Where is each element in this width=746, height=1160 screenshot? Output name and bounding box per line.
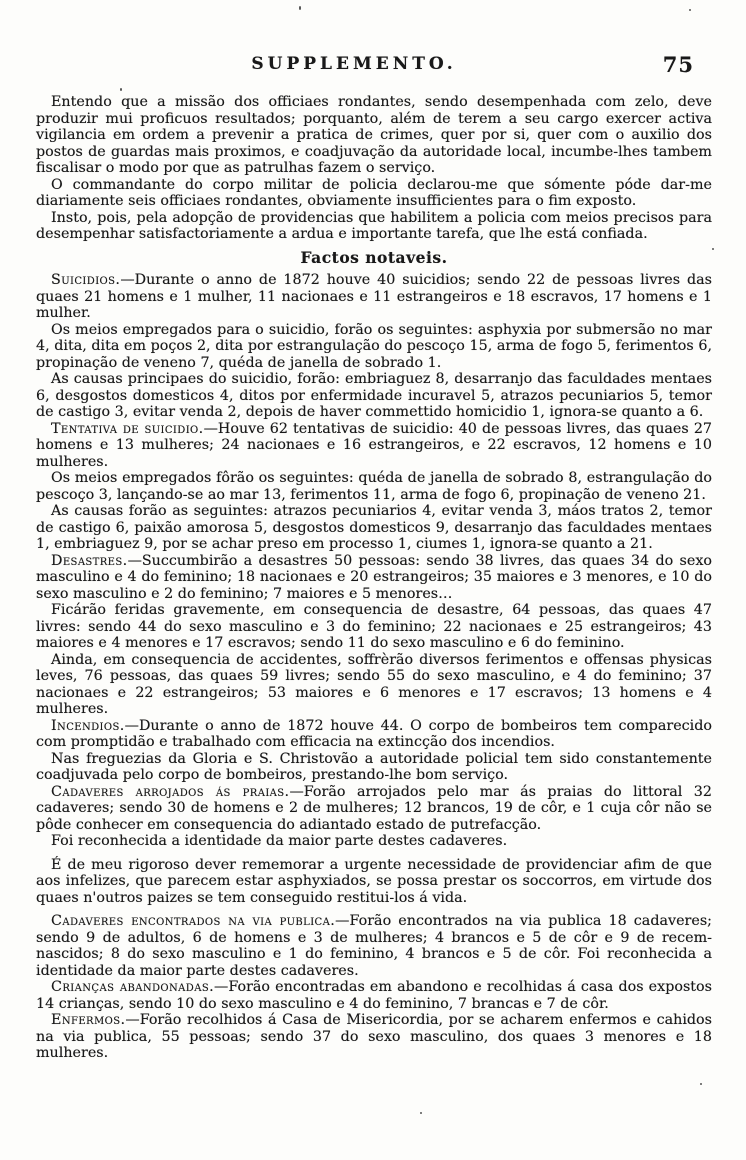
paragraph-text: —Durante o anno de 1872 houve 40 suicidi… (36, 272, 712, 321)
paragraph-soccorros: É de meu rigoroso dever rememorar a urge… (36, 857, 712, 907)
paragraph-cadaveres-praias: Cadaveres arrojados ás praias.—Forão arr… (36, 784, 712, 834)
document-body: Entendo que a missão dos officiaes ronda… (36, 94, 712, 1062)
paragraph-freguezias: Nas freguezias da Gloria e S. Christovão… (36, 751, 712, 784)
paragraph-enfermos: Enfermos.—Forão recolhidos á Casa de Mis… (36, 1012, 712, 1062)
paragraph-lead: Incendios. (51, 718, 125, 734)
paragraph-cadaveres-via-publica: Cadaveres encontrados na via publica.—Fo… (36, 913, 712, 979)
scan-speck (700, 1083, 702, 1085)
scan-speck (120, 88, 122, 91)
document-page: SUPPLEMENTO. 75 Entendo que a missão dos… (0, 0, 746, 1160)
paragraph-criancas-abandonadas: Crianças abandonadas.—Forão encontradas … (36, 979, 712, 1012)
paragraph-lead: Crianças abandonadas. (51, 979, 214, 995)
paragraph-feridos: Ficárão feridas gravemente, em consequen… (36, 602, 712, 652)
paragraph-suicidios: Suicidios.—Durante o anno de 1872 houve … (36, 272, 712, 322)
paragraph-lead: Cadaveres arrojados ás praias. (51, 784, 290, 800)
paragraph-tentativa: Tentativa de suicidio.—Houve 62 tentativ… (36, 421, 712, 471)
paragraph-tentativa-causas: As causas forão as seguintes: atrazos pe… (36, 503, 712, 553)
paragraph-intro-rondantes: Entendo que a missão dos officiaes ronda… (36, 94, 712, 177)
paragraph-suicidios-meios: Os meios empregados para o suicidio, for… (36, 322, 712, 372)
page-number: 75 (663, 52, 694, 77)
page-title: SUPPLEMENTO. (36, 54, 672, 74)
section-heading: Factos notaveis. (36, 250, 712, 267)
paragraph-lead: Enfermos. (51, 1012, 125, 1028)
scan-speck (689, 9, 691, 11)
paragraph-identidade: Foi reconhecida a identidade da maior pa… (36, 833, 712, 850)
paragraph-accidentes: Ainda, em consequencia de accidentes, so… (36, 652, 712, 718)
paragraph-text: —Succumbirão a desastres 50 pessoas: sen… (36, 553, 712, 602)
paragraph-desastres: Desastres.—Succumbirão a desastres 50 pe… (36, 553, 712, 603)
paragraph-lead: Desastres. (51, 553, 128, 569)
paragraph-tentativa-meios: Os meios empregados fôrão os seguintes: … (36, 470, 712, 503)
paragraph-incendios: Incendios.—Durante o anno de 1872 houve … (36, 718, 712, 751)
paragraph-lead: Cadaveres encontrados na via publica. (51, 913, 335, 929)
scan-speck (420, 1112, 422, 1114)
paragraph-text: —Forão recolhidos á Casa de Misericordia… (36, 1012, 712, 1061)
paragraph-lead: Tentativa de suicidio. (51, 421, 204, 437)
paragraph-suicidios-causas: As causas principaes do suicidio, forão:… (36, 371, 712, 421)
paragraph-commandante: O commandante do corpo militar de polici… (36, 177, 712, 210)
page-header: SUPPLEMENTO. 75 (36, 52, 712, 82)
paragraph-lead: Suicidios. (51, 272, 120, 288)
scan-speck (712, 248, 714, 250)
paragraph-text: —Durante o anno de 1872 houve 44. O corp… (36, 718, 712, 751)
scan-speck (299, 6, 301, 10)
paragraph-insto: Insto, pois, pela adopção de providencia… (36, 210, 712, 243)
